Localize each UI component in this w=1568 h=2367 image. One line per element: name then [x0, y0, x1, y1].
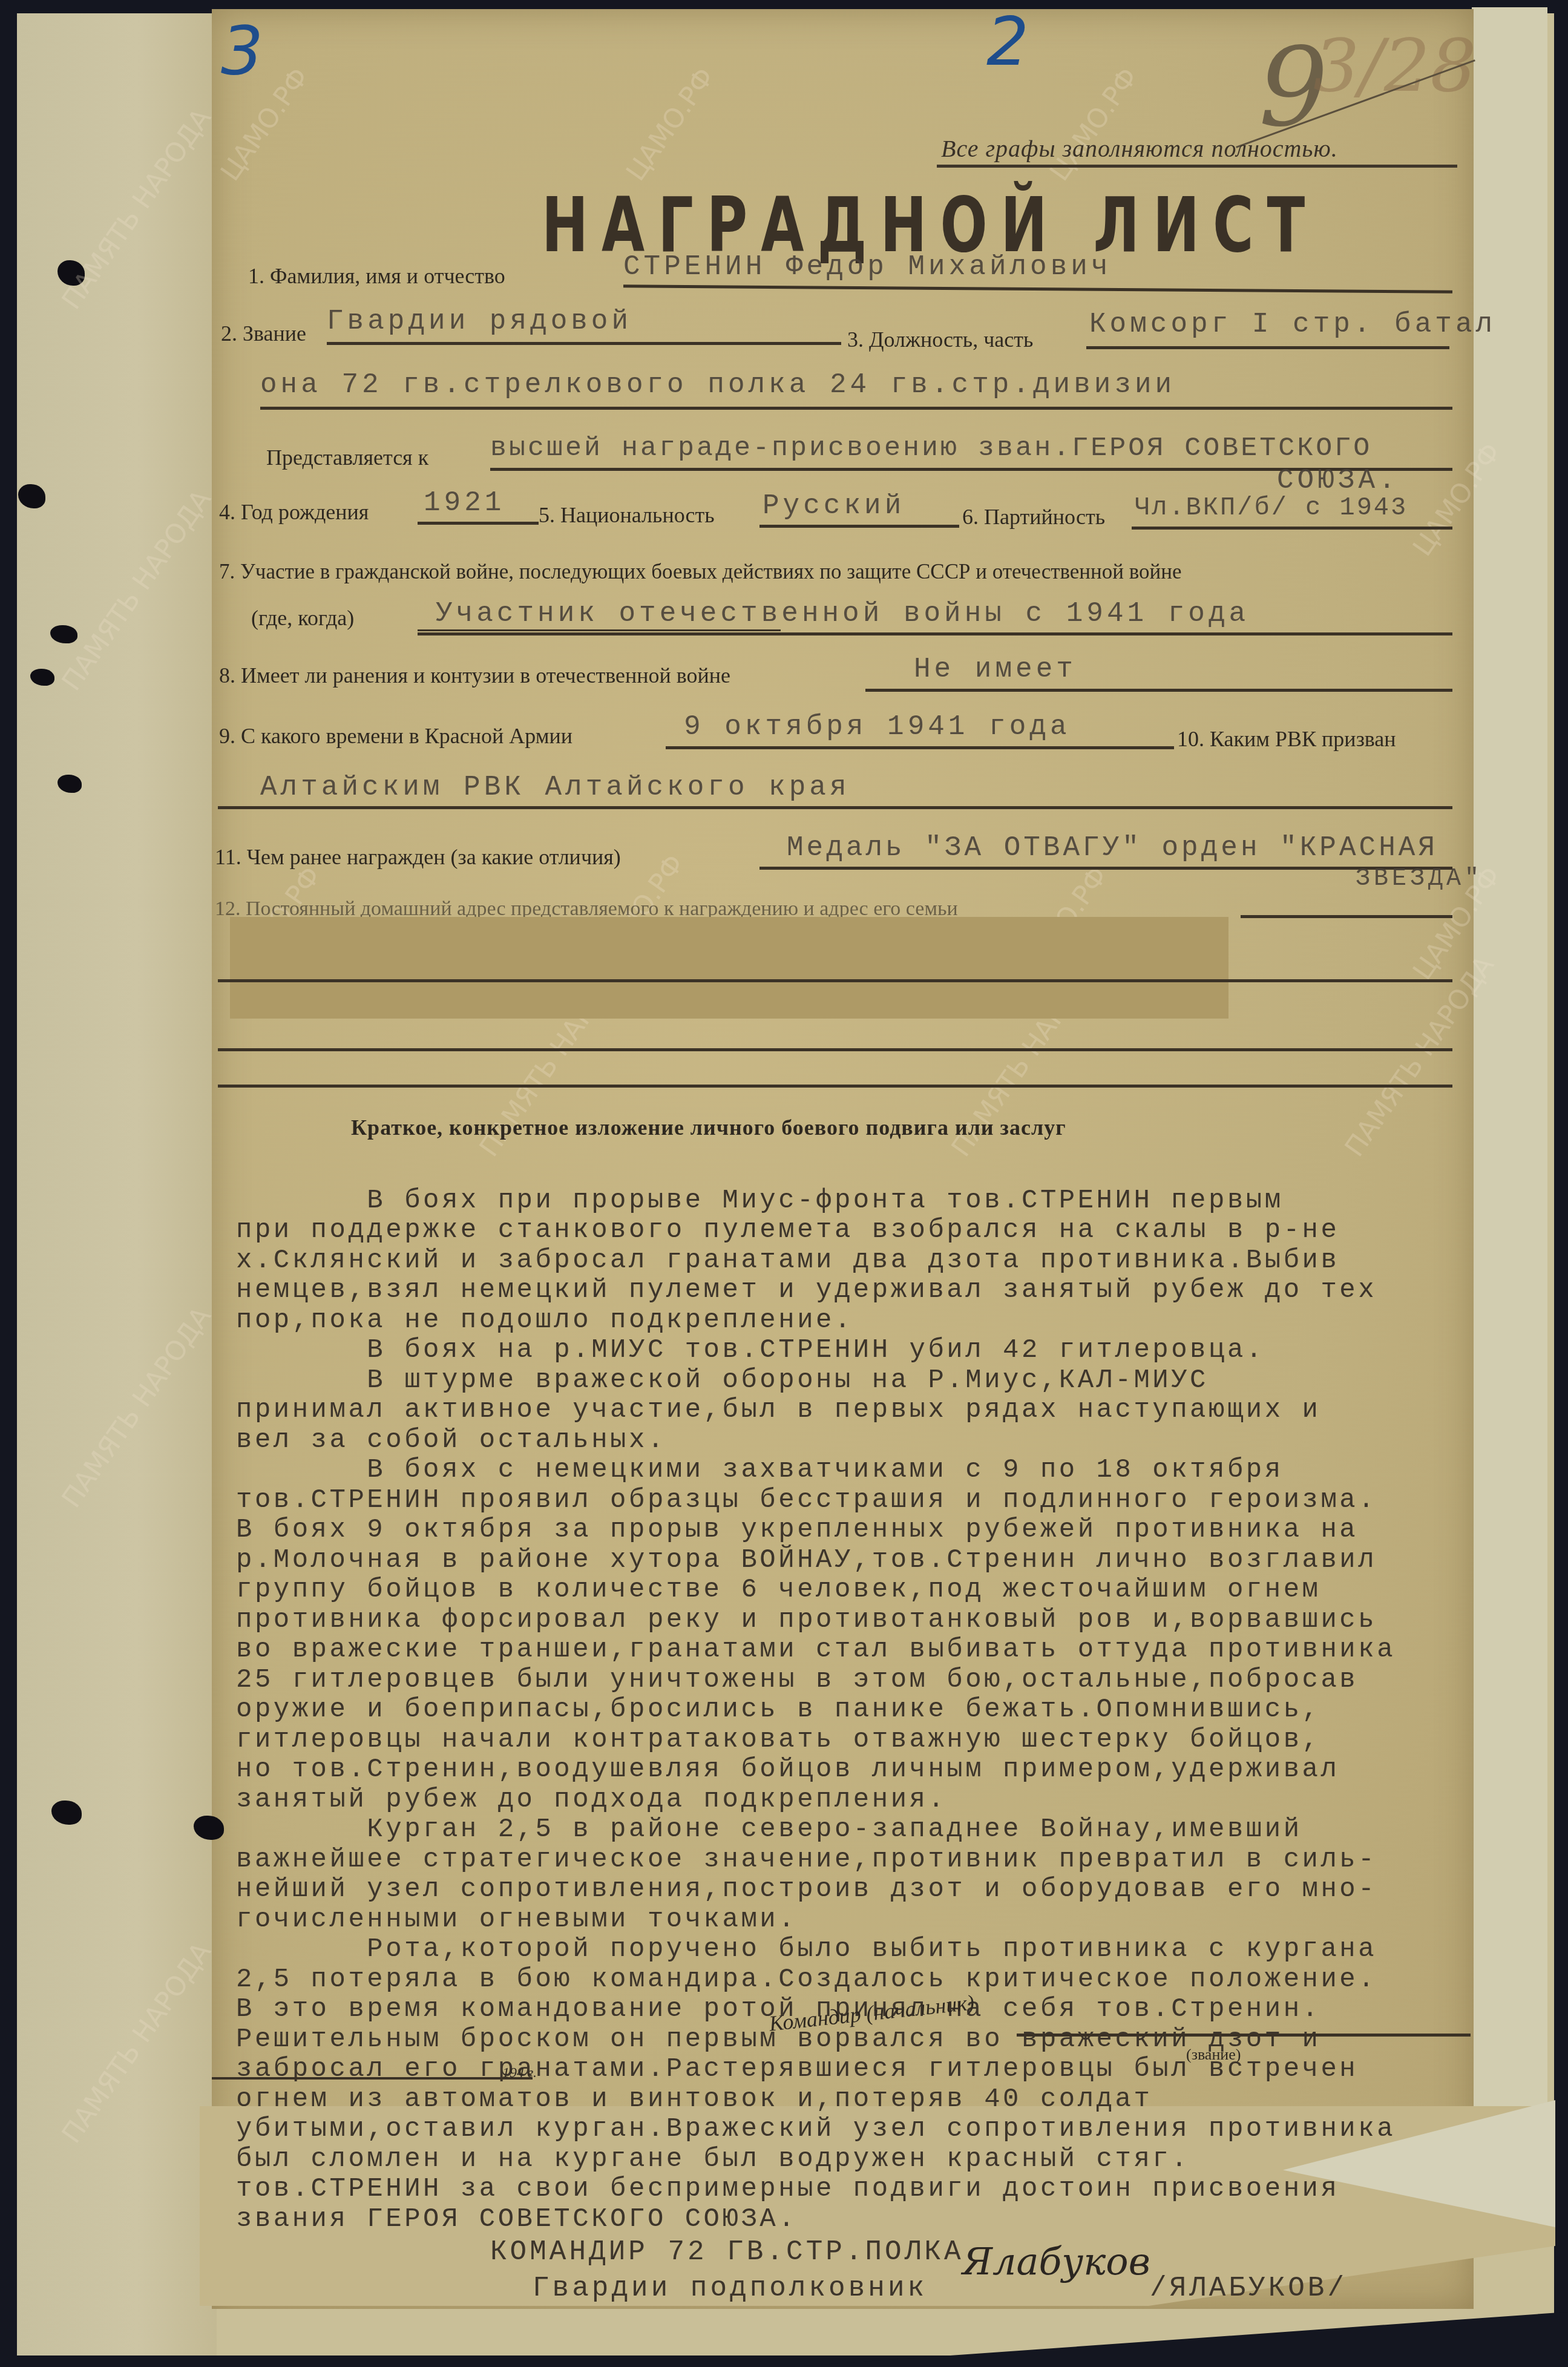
feat-line: группу бойцов в количестве 6 человек,под…	[236, 1575, 1483, 1606]
field-12-line-4	[218, 1085, 1452, 1088]
field-5-value: Русский	[763, 490, 905, 522]
feat-line: пор,пока не подошло подкрепление.	[236, 1306, 1483, 1336]
field-11-value-continued: ЗВЕЗДА"	[1356, 865, 1483, 893]
field-12-line-3	[218, 1048, 1452, 1051]
date-form-line	[212, 2077, 533, 2080]
feat-line: 2,5 потеряла в бою командира.Создалось к…	[236, 1965, 1483, 1995]
field-10-line	[218, 806, 1452, 809]
nominated-label: Представляется к	[266, 445, 428, 470]
left-paper-margin	[17, 13, 217, 2356]
date-form-label: 194 г.	[502, 2065, 537, 2081]
struck-archive-number: 3/28	[1313, 24, 1476, 108]
field-7-label: 7. Участие в гражданской войне, последую…	[219, 560, 1182, 584]
signature-title: КОМАНДИР 72 ГВ.СТР.ПОЛКА	[490, 2236, 964, 2268]
feat-line: при поддержке станкового пулемета взобра…	[236, 1216, 1483, 1246]
feat-line: нейший узел сопротивления,построив дзот …	[236, 1875, 1483, 1905]
field-8-line	[865, 689, 1452, 692]
feat-line: х.Склянский и забросал гранатами два дзо…	[236, 1246, 1483, 1276]
field-3-label: 3. Должность, часть	[847, 327, 1033, 352]
feat-line: оружие и боеприпасы,бросились в панике б…	[236, 1695, 1483, 1725]
field-2-label: 2. Звание	[221, 321, 306, 346]
feat-line: тов.СТРЕНИН за свои беспримерные подвиги…	[236, 2175, 1483, 2205]
field-12-line-2	[218, 979, 1452, 982]
field-2-value: Гвардии рядовой	[327, 306, 632, 337]
field-7-value: Участник отечественной войны с 1941 года	[436, 598, 1249, 629]
feat-description: В боях при прорыве Миус-фронта тов.СТРЕН…	[236, 1156, 1483, 2265]
field-1-label: 1. Фамилия, имя и отчество	[248, 263, 505, 289]
feat-line: 25 гитлеровцев были уничтожены в этом бо…	[236, 1666, 1483, 1696]
field-4-value: 1921	[424, 487, 505, 519]
feat-line: важнейшее стратегическое значение,против…	[236, 1845, 1483, 1876]
feat-line: во вражеские траншеи,гранатами стал выби…	[236, 1635, 1483, 1666]
nominated-value: высшей награде-присвоению зван.ГЕРОЯ СОВ…	[490, 433, 1372, 464]
feat-section-heading: Краткое, конкретное изложение личного бо…	[351, 1115, 1066, 1140]
feat-line: В штурме вражеской обороны на Р.Миус,КАЛ…	[236, 1366, 1483, 1396]
archive-page-number-left: 3	[221, 12, 263, 90]
field-7-label-continued: (где, когда)	[251, 605, 354, 631]
feat-line: В боях с немецкими захватчиками с 9 по 1…	[236, 1456, 1483, 1486]
form-instruction: Все графы заполняются полностью.	[941, 134, 1338, 163]
feat-line: Курган 2,5 в районе северо-западнее Войн…	[236, 1815, 1483, 1845]
rank-form-label: (звание)	[1186, 2046, 1241, 2064]
field-10-label: 10. Каким РВК призван	[1177, 726, 1396, 752]
field-8-label: 8. Имеет ли ранения и контузии в отечест…	[219, 663, 730, 688]
field-6-line	[1132, 527, 1452, 530]
feat-line: вел за собой остальных.	[236, 1426, 1483, 1456]
feat-line: был сломлен и на кургане был водружен кр…	[236, 2145, 1483, 2175]
feat-line: р.Молочная в районе хутора ВОЙНАУ,тов.Ст…	[236, 1546, 1483, 1576]
field-3-value: Комсорг I стр. батал	[1089, 309, 1496, 340]
feat-line: занятый рубеж до подхода подкрепления.	[236, 1785, 1483, 1816]
handwritten-signature: Ялабуков	[962, 2239, 1150, 2283]
field-3-line-2	[260, 407, 1452, 410]
field-4-line	[418, 522, 539, 525]
feat-line: но тов.Стренин,воодушевляя бойцов личным…	[236, 1755, 1483, 1785]
feat-line: В боях на р.МИУС тов.СТРЕНИН убил 42 гит…	[236, 1336, 1483, 1366]
feat-line: гитлеровцы начали контратаковать отважну…	[236, 1725, 1483, 1756]
field-12-line-1	[1241, 915, 1452, 918]
nominated-value-continued: СОЮЗА.	[1277, 465, 1399, 496]
feat-line: противника форсировал реку и противотанк…	[236, 1606, 1483, 1636]
feat-line: В боях 9 октября за прорыв укрепленных р…	[236, 1515, 1483, 1546]
field-5-label: 5. Национальность	[539, 502, 715, 528]
field-6-value: Чл.ВКП/б/ с 1943	[1135, 493, 1408, 522]
field-6-label: 6. Партийность	[962, 504, 1105, 530]
feat-line: звания ГЕРОЯ СОВЕТСКОГО СОЮЗА.	[236, 2205, 1483, 2235]
feat-line: тов.СТРЕНИН проявил образцы бесстрашия и…	[236, 1486, 1483, 1516]
field-3-value-continued: она 72 гв.стрелкового полка 24 гв.стр.ди…	[260, 369, 1175, 401]
field-7-strikethrough	[418, 629, 781, 631]
field-4-label: 4. Год рождения	[219, 499, 369, 525]
field-9-value: 9 октября 1941 года	[684, 711, 1071, 743]
signature-rank: Гвардии подполковник	[533, 2273, 927, 2304]
instruction-underline	[937, 165, 1457, 168]
field-11-label: 11. Чем ранее награжден (за какие отличи…	[215, 844, 621, 870]
feat-line: гочисленными огневыми точками.	[236, 1905, 1483, 1935]
field-10-value: Алтайским РВК Алтайского края	[260, 772, 850, 803]
archive-page-number-center: 2	[986, 3, 1029, 80]
field-8-value: Не имеет	[914, 654, 1077, 685]
field-2-line	[327, 342, 841, 345]
field-11-line	[759, 867, 1452, 870]
feat-line: Решительным броском он первым ворвался в…	[236, 2025, 1483, 2055]
feat-line: забросал его гранатами.Растерявшиеся гит…	[236, 2055, 1483, 2085]
commander-form-line	[1017, 2034, 1471, 2037]
field-5-line	[759, 525, 959, 528]
redacted-address-block	[230, 917, 1228, 1019]
feat-line: принимал активное участие,был в первых р…	[236, 1396, 1483, 1426]
feat-line: огнем из автоматов и винтовок и,потеряв …	[236, 2085, 1483, 2115]
signature-name: /ЯЛАБУКОВ/	[1150, 2273, 1347, 2304]
feat-line: Рота,которой поручено было выбить против…	[236, 1935, 1483, 1965]
feat-line: убитыми,оставил курган.Вражеский узел со…	[236, 2115, 1483, 2145]
feat-line: немцев,взял немецкий пулемет и удерживал…	[236, 1276, 1483, 1306]
field-3-line	[1086, 346, 1449, 349]
field-9-line	[666, 746, 1174, 749]
field-9-label: 9. С какого времени в Красной Армии	[219, 723, 572, 749]
field-1-value: СТРЕНИН Федор Михайлович	[623, 251, 1112, 283]
field-11-value: Медаль "ЗА ОТВАГУ" орден "КРАСНАЯ	[787, 832, 1438, 864]
feat-line: В боях при прорыве Миус-фронта тов.СТРЕН…	[236, 1186, 1483, 1216]
field-7-line	[418, 632, 1452, 635]
